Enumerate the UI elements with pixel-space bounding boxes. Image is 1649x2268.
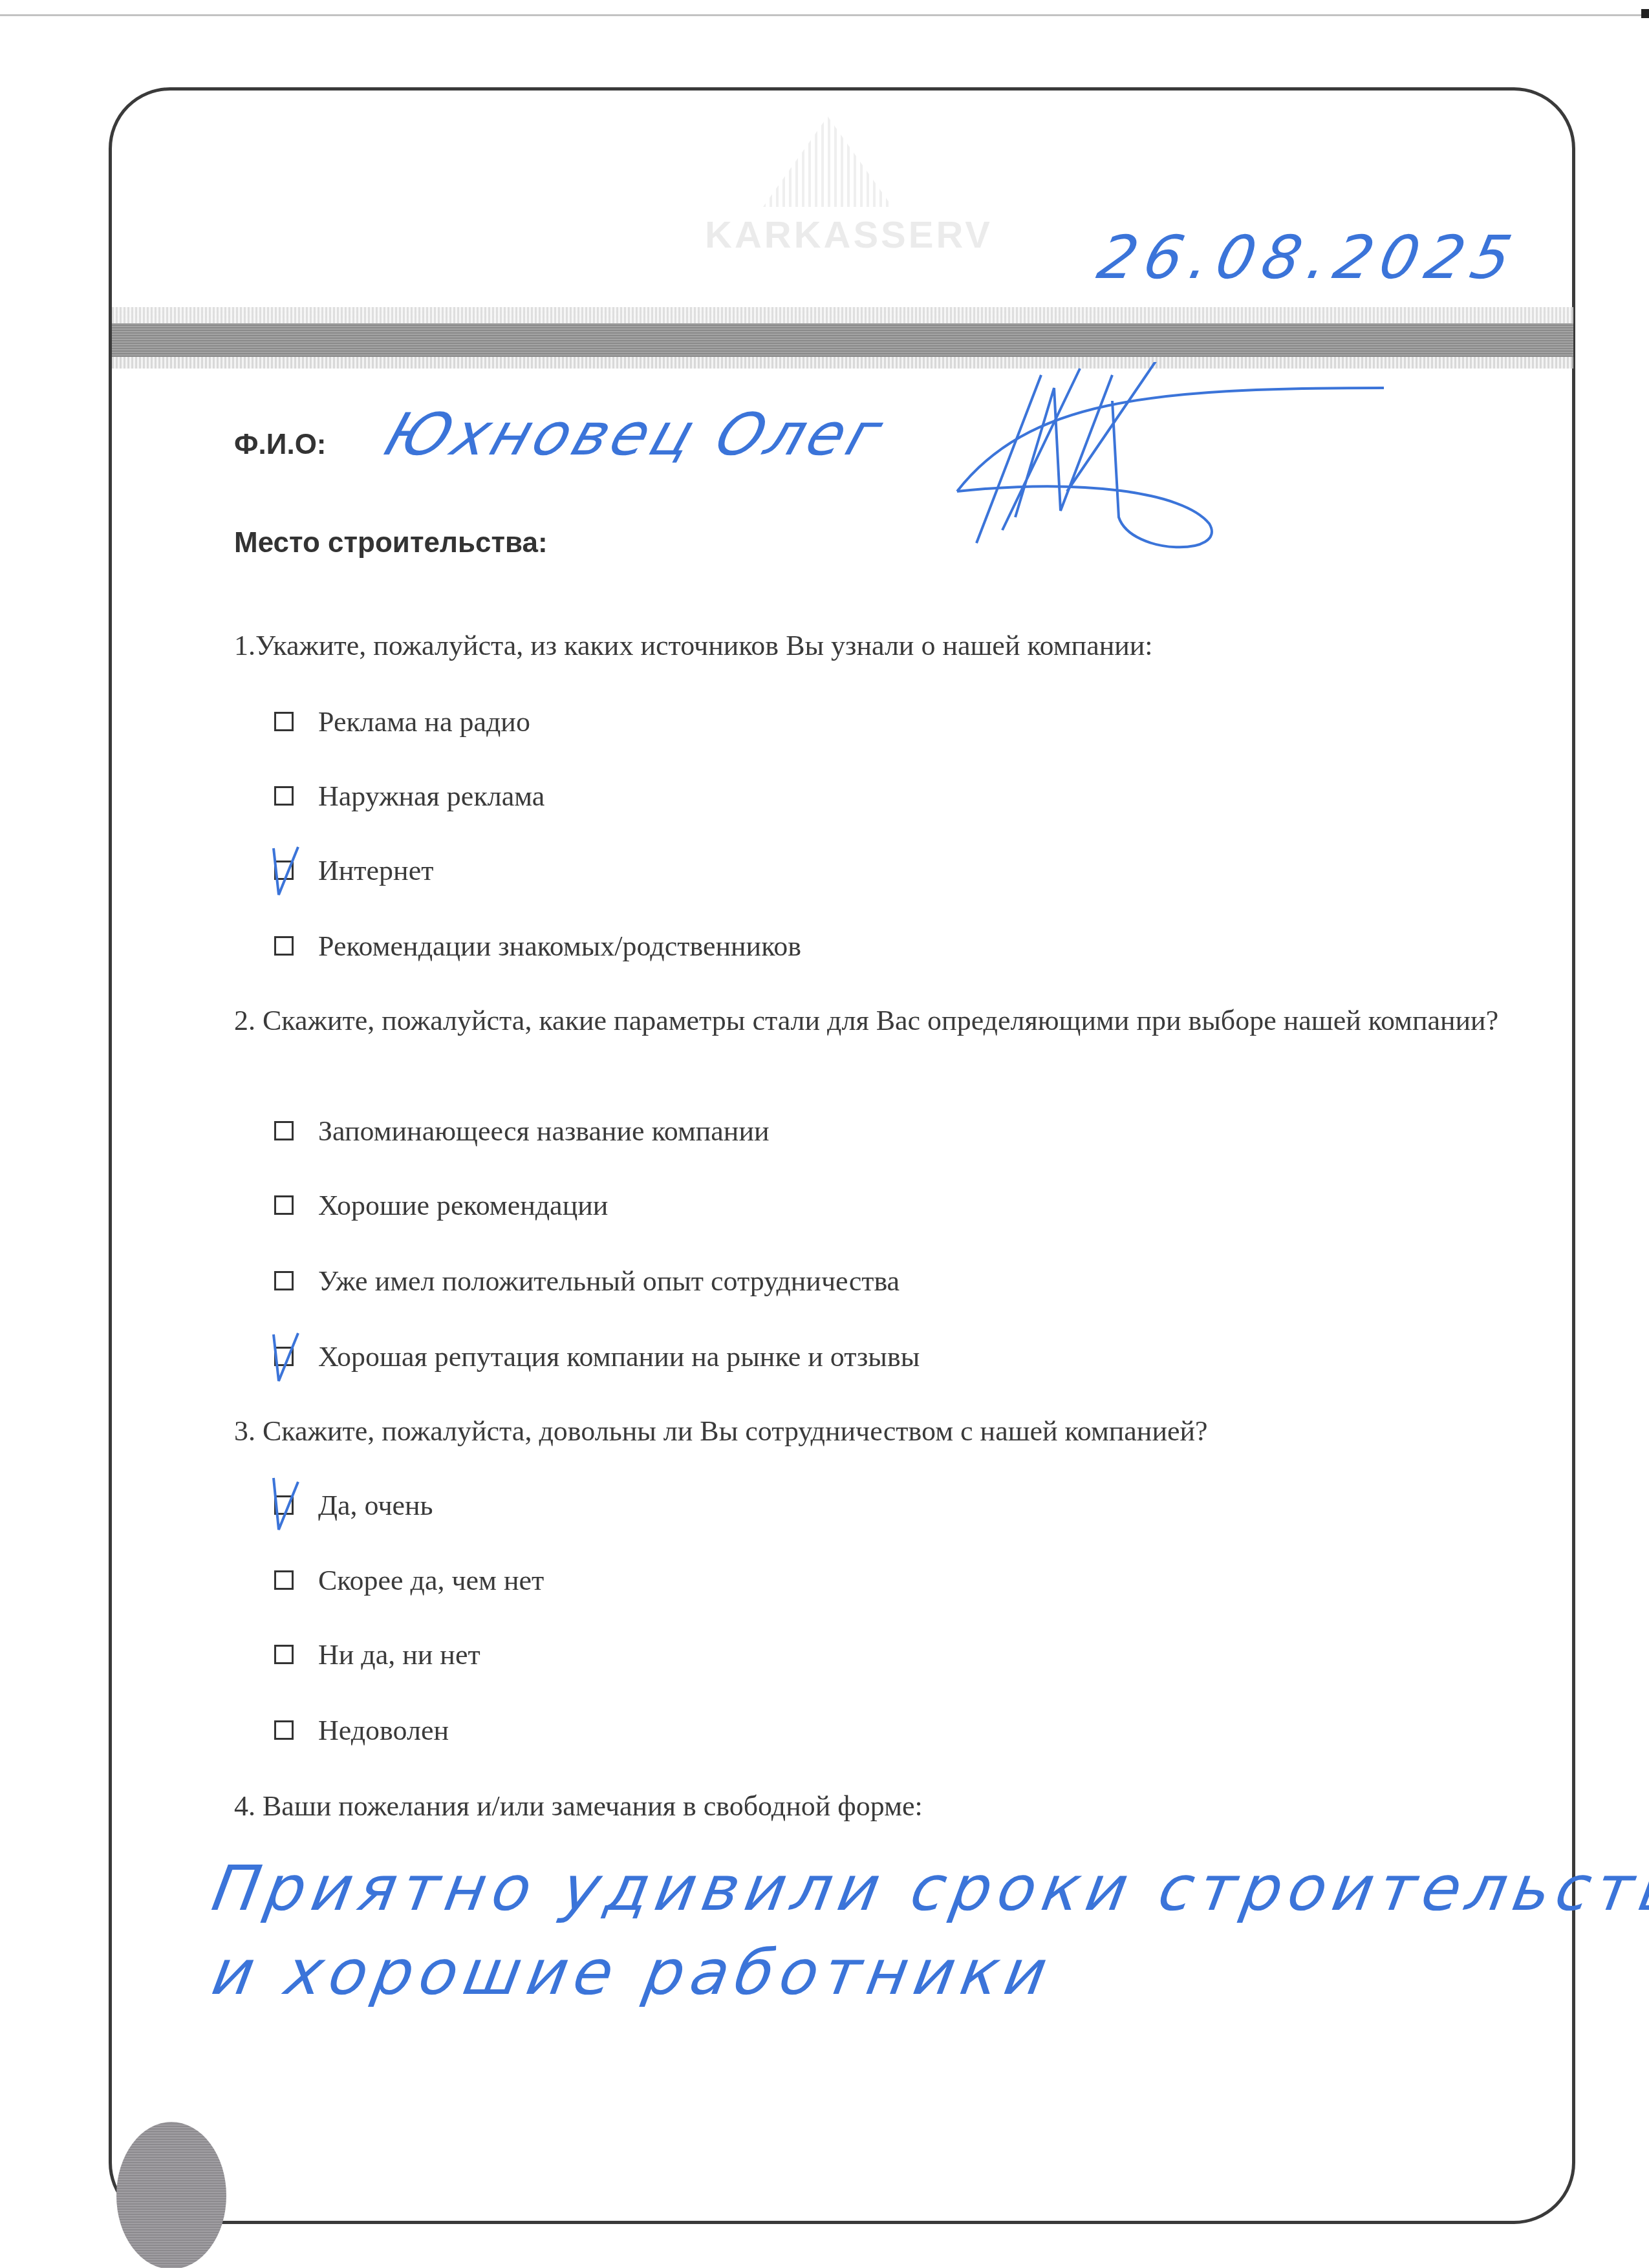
checkbox[interactable] bbox=[274, 1720, 294, 1740]
question-2: 2. Скажите, пожалуйста, какие параметры … bbox=[234, 1002, 1502, 1040]
punch-hole-mark bbox=[116, 2122, 226, 2268]
checkbox[interactable] bbox=[274, 936, 294, 956]
option-label: Наружная реклама bbox=[318, 780, 544, 813]
q2-option-reputation[interactable]: Хорошая репутация компании на рынке и от… bbox=[274, 1340, 920, 1373]
question-1: 1.Укажите, пожалуйста, из каких источник… bbox=[234, 627, 1502, 665]
construction-site-label: Место строительства: bbox=[234, 527, 548, 559]
option-label: Скорее да, чем нет bbox=[318, 1564, 544, 1597]
option-label: Уже имел положительный опыт сотрудничест… bbox=[318, 1265, 900, 1298]
q2-option-prior-experience[interactable]: Уже имел положительный опыт сотрудничест… bbox=[274, 1264, 900, 1298]
q3-option-rather-yes[interactable]: Скорее да, чем нет bbox=[274, 1563, 544, 1597]
handwritten-date: 26.08.2025 bbox=[1092, 223, 1525, 292]
option-label: Хорошие рекомендации bbox=[318, 1189, 608, 1222]
scan-edge-mark bbox=[1641, 9, 1649, 18]
checkbox[interactable] bbox=[274, 712, 294, 731]
option-label: Рекомендации знакомых/родственников bbox=[318, 930, 801, 963]
option-label: Реклама на радио bbox=[318, 705, 530, 738]
checkmark-icon bbox=[270, 1478, 308, 1536]
header-band-top bbox=[112, 307, 1573, 323]
checkbox-checked[interactable] bbox=[274, 1495, 294, 1515]
checkbox-checked[interactable] bbox=[274, 1347, 294, 1366]
logo-text: KARKASSERV bbox=[705, 213, 951, 257]
q1-option-radio-ads[interactable]: Реклама на радио bbox=[274, 705, 530, 738]
q3-option-dissatisfied[interactable]: Недоволен bbox=[274, 1713, 449, 1747]
option-label: Интернет bbox=[318, 854, 433, 887]
q2-option-memorable-name[interactable]: Запоминающееся название компании bbox=[274, 1114, 770, 1148]
q1-option-recommendations[interactable]: Рекомендации знакомых/родственников bbox=[274, 929, 801, 963]
checkbox[interactable] bbox=[274, 1121, 294, 1140]
comment-line-2[interactable]: и хорошие работники bbox=[207, 1936, 1059, 2009]
company-logo-watermark: KARKASSERV bbox=[705, 116, 951, 278]
fio-value[interactable]: Юхновец Олег bbox=[377, 401, 894, 469]
option-label: Ни да, ни нет bbox=[318, 1638, 480, 1671]
q1-option-internet[interactable]: Интернет bbox=[274, 853, 433, 887]
option-label: Да, очень bbox=[318, 1489, 433, 1522]
header-band bbox=[112, 323, 1573, 357]
q2-option-good-recommendations[interactable]: Хорошие рекомендации bbox=[274, 1188, 608, 1222]
checkmark-icon bbox=[270, 843, 308, 901]
fio-label: Ф.И.О: bbox=[234, 429, 327, 461]
comment-line-1[interactable]: Приятно удивили сроки строительства bbox=[207, 1852, 1649, 1925]
checkbox[interactable] bbox=[274, 1645, 294, 1664]
checkbox[interactable] bbox=[274, 1271, 294, 1290]
question-4: 4. Ваши пожелания и/или замечания в своб… bbox=[234, 1788, 1502, 1825]
q3-option-neutral[interactable]: Ни да, ни нет bbox=[274, 1638, 480, 1671]
option-label: Запоминающееся название компании bbox=[318, 1115, 770, 1148]
option-label: Хорошая репутация компании на рынке и от… bbox=[318, 1340, 920, 1373]
q3-option-very-satisfied[interactable]: Да, очень bbox=[274, 1488, 433, 1522]
logo-house-icon bbox=[763, 116, 892, 207]
checkmark-icon bbox=[270, 1329, 308, 1387]
checkbox[interactable] bbox=[274, 1570, 294, 1590]
checkbox[interactable] bbox=[274, 786, 294, 806]
signature-mark bbox=[951, 362, 1390, 556]
question-3: 3. Скажите, пожалуйста, довольны ли Вы с… bbox=[234, 1413, 1502, 1450]
scan-edge-line bbox=[0, 14, 1649, 16]
checkbox[interactable] bbox=[274, 1195, 294, 1215]
q1-option-outdoor-ads[interactable]: Наружная реклама bbox=[274, 779, 544, 813]
checkbox-checked[interactable] bbox=[274, 861, 294, 880]
option-label: Недоволен bbox=[318, 1714, 449, 1747]
